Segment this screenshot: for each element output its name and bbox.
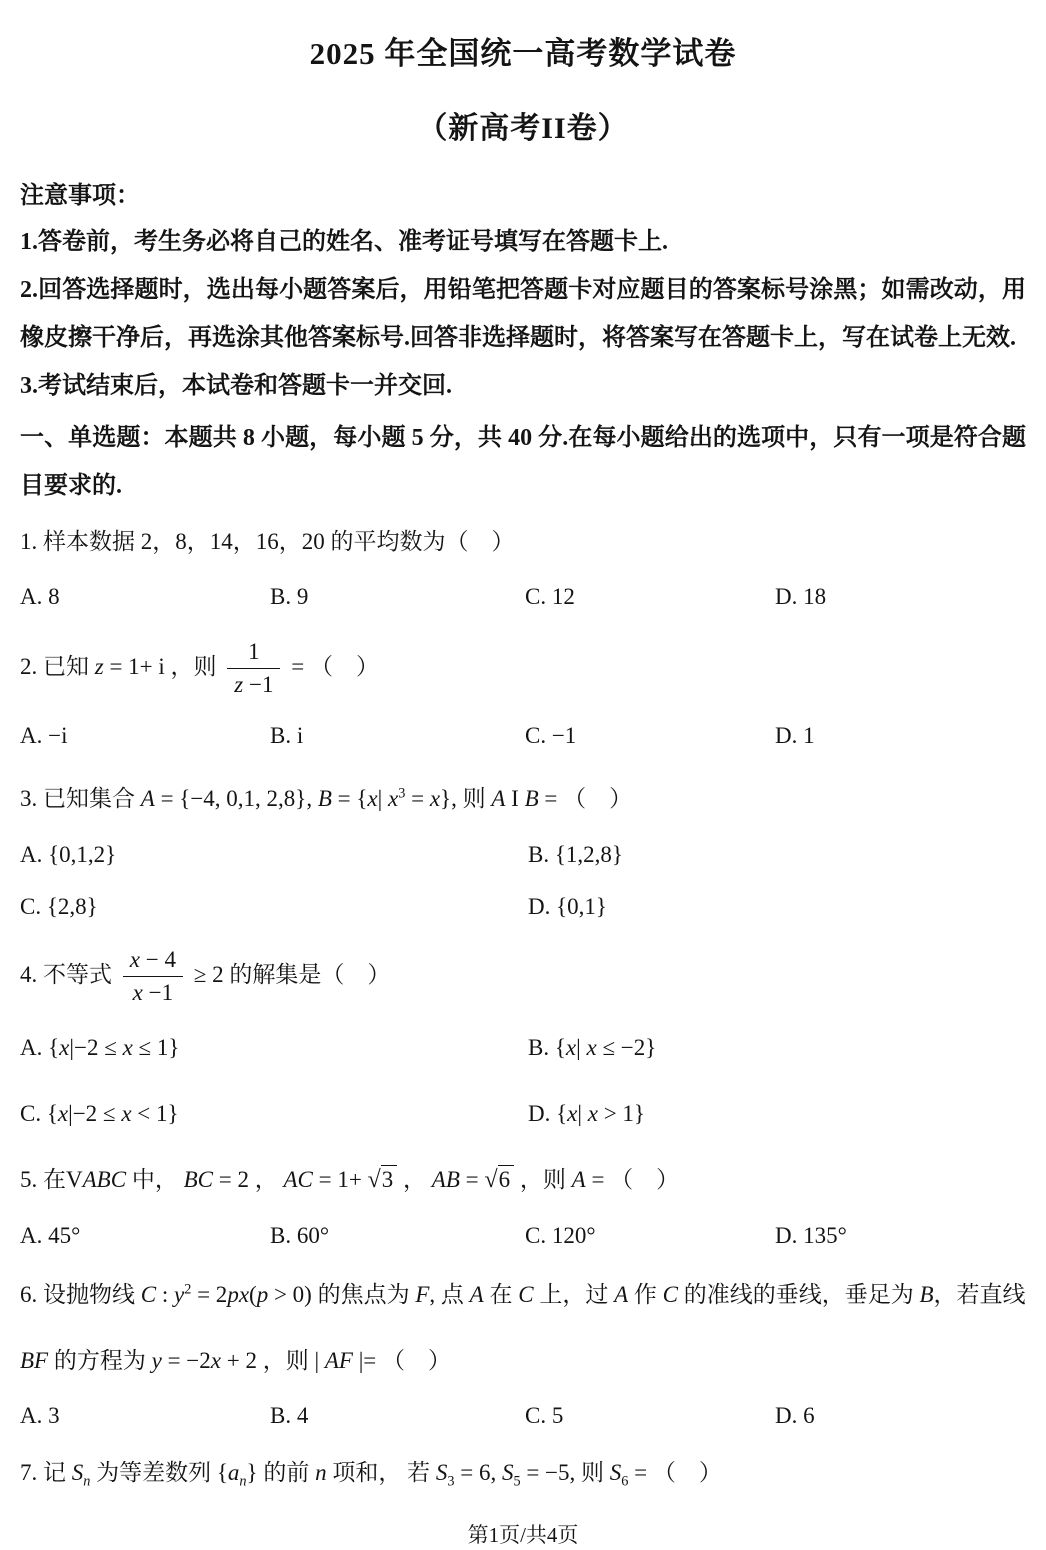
question-3-text: 3. 已知集合 A = {−4, 0,1, 2,8}, B = {x| x3 =… [20, 783, 1026, 815]
page-footer: 第1页/共4页 [20, 1519, 1026, 1549]
question-4-option-b: B. {x| x ≤ −2} [528, 1035, 1026, 1061]
section-heading: 一、单选题：本题共 8 小题，每小题 5 分，共 40 分.在每小题给出的选项中… [20, 414, 1026, 510]
question-1-option-c: C. 12 [525, 584, 775, 610]
question-5-option-a: A. 45° [20, 1223, 270, 1249]
question-5-options: A. 45° B. 60° C. 120° D. 135° [20, 1223, 1026, 1249]
question-4-text: 4. 不等式 x − 4x −1 ≥ 2 的解集是（ ） [20, 948, 1026, 1005]
question-6-option-a: A. 3 [20, 1403, 270, 1429]
question-2-option-b: B. i [270, 723, 525, 749]
question-4-option-d: D. {x| x > 1} [528, 1101, 1026, 1127]
question-2: 2. 已知 z = 1+ i ，则 1z −1 = （ ） A. −i B. i… [20, 640, 1026, 749]
question-1-option-b: B. 9 [270, 584, 525, 610]
question-2-options: A. −i B. i C. −1 D. 1 [20, 723, 1026, 749]
question-6-option-c: C. 5 [525, 1403, 775, 1429]
question-6: 6. 设抛物线 C : y2 = 2px(p > 0) 的焦点为 F, 点 A … [20, 1279, 1026, 1429]
page-subtitle: （新高考II卷） [20, 103, 1026, 147]
question-6-option-d: D. 6 [775, 1403, 1026, 1429]
question-1-options: A. 8 B. 9 C. 12 D. 18 [20, 584, 1026, 610]
page-title: 2025 年全国统一高考数学试卷 [20, 28, 1026, 73]
question-2-text: 2. 已知 z = 1+ i ，则 1z −1 = （ ） [20, 640, 1026, 697]
notice-heading: 注意事项： [20, 175, 1026, 210]
question-4: 4. 不等式 x − 4x −1 ≥ 2 的解集是（ ） A. {x|−2 ≤ … [20, 948, 1026, 1127]
question-5-option-b: B. 60° [270, 1223, 525, 1249]
question-4-option-a: A. {x|−2 ≤ x ≤ 1} [20, 1035, 528, 1061]
question-5-text: 5. 在VABC 中， BC = 2 ， AC = 1+ √3 ， AB = √… [20, 1163, 1026, 1197]
question-2-option-d: D. 1 [775, 723, 1026, 749]
question-3-option-b: B. {1,2,8} [528, 842, 1026, 868]
question-6-text-line2: BF 的方程为 y = −2x + 2 ，则 | AF |= （ ） [20, 1345, 1026, 1377]
notice-item-1: 1.答卷前，考生务必将自己的姓名、准考证号填写在答题卡上. [20, 218, 1026, 266]
question-3-option-a: A. {0,1,2} [20, 842, 528, 868]
notice-item-2: 2.回答选择题时，选出每小题答案后，用铅笔把答题卡对应题目的答案标号涂黑；如需改… [20, 266, 1026, 362]
question-1: 1. 样本数据 2，8，14，16，20 的平均数为（ ） A. 8 B. 9 … [20, 526, 1026, 610]
question-3: 3. 已知集合 A = {−4, 0,1, 2,8}, B = {x| x3 =… [20, 783, 1026, 919]
question-1-text: 1. 样本数据 2，8，14，16，20 的平均数为（ ） [20, 526, 1026, 558]
question-4-options: A. {x|−2 ≤ x ≤ 1} B. {x| x ≤ −2} C. {x|−… [20, 1035, 1026, 1127]
notice-item-3: 3.考试结束后，本试卷和答题卡一并交回. [20, 362, 1026, 410]
question-1-option-d: D. 18 [775, 584, 1026, 610]
question-5-option-c: C. 120° [525, 1223, 775, 1249]
question-4-option-c: C. {x|−2 ≤ x < 1} [20, 1101, 528, 1127]
question-3-option-d: D. {0,1} [528, 894, 1026, 920]
question-2-option-c: C. −1 [525, 723, 775, 749]
question-5: 5. 在VABC 中， BC = 2 ， AC = 1+ √3 ， AB = √… [20, 1163, 1026, 1249]
question-6-option-b: B. 4 [270, 1403, 525, 1429]
question-3-option-c: C. {2,8} [20, 894, 528, 920]
question-6-options: A. 3 B. 4 C. 5 D. 6 [20, 1403, 1026, 1429]
question-5-option-d: D. 135° [775, 1223, 1026, 1249]
question-1-option-a: A. 8 [20, 584, 270, 610]
question-7-text: 7. 记 Sn 为等差数列 {an} 的前 n 项和， 若 S3 = 6, S5… [20, 1457, 1026, 1493]
question-7: 7. 记 Sn 为等差数列 {an} 的前 n 项和， 若 S3 = 6, S5… [20, 1457, 1026, 1493]
question-3-options: A. {0,1,2} B. {1,2,8} C. {2,8} D. {0,1} [20, 842, 1026, 920]
question-6-text-line1: 6. 设抛物线 C : y2 = 2px(p > 0) 的焦点为 F, 点 A … [20, 1279, 1026, 1311]
question-2-option-a: A. −i [20, 723, 270, 749]
